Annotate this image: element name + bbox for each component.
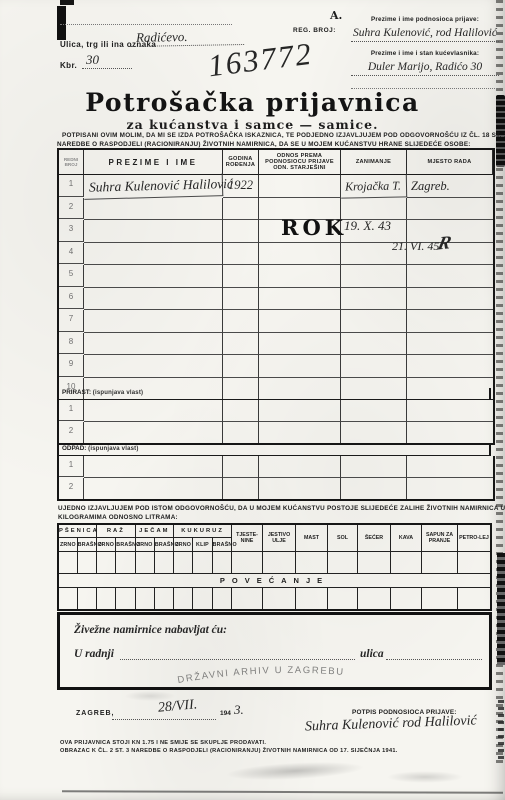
group-psenica: PŠENICA	[58, 524, 97, 538]
col-sapun: SAPUN ZA PRANJE	[422, 524, 458, 552]
empty-cell	[263, 588, 296, 611]
section-letter: A.	[330, 9, 342, 22]
odpad-section-header: ODPAD: (ispunjava vlast)	[57, 444, 491, 456]
empty-cell	[58, 588, 77, 611]
empty-cell	[84, 220, 223, 243]
col-header-redni-broj: REDNI BROJ	[59, 150, 84, 175]
empty-cell	[341, 456, 407, 478]
empty-cell	[97, 552, 116, 574]
empty-cell	[84, 333, 223, 356]
row-number: 8	[59, 333, 84, 355]
stocks-declaration-line2: KILOGRAMIMA ODNOSNO LITRAMA:	[58, 514, 178, 521]
empty-cell	[135, 588, 154, 611]
col-jestivo-ulje: JESTIVO ULJE	[263, 524, 296, 552]
empty-cell	[212, 552, 231, 574]
landlord-handwritten: Duler Marijo, Radićo 30	[351, 60, 499, 76]
perforated-edge-dark	[498, 700, 504, 760]
shop-label: U radnji	[74, 648, 114, 660]
signature-handwritten: Suhra Kulenović rod Halilović	[305, 713, 503, 736]
empty-cell	[84, 310, 223, 333]
group-jecam: JEČAM	[135, 524, 174, 538]
empty-cell	[407, 400, 493, 422]
house-number-label: Kbr.	[60, 61, 77, 70]
empty-cell	[84, 243, 223, 266]
intro-text-line2: NAREDBE O RASPODJELI (RACIONIRANJU) ŽIVO…	[57, 141, 493, 148]
scan-edge-mark	[60, 0, 74, 5]
scan-smudge	[220, 758, 371, 784]
empty-cell	[135, 552, 154, 574]
empty-cell	[84, 288, 223, 311]
empty-cell	[58, 552, 77, 574]
empty-cell	[407, 310, 493, 333]
empty-cell	[259, 243, 341, 266]
intro-text-line1: POTPISANI OVIM MOLIM, DA MI SE IZDA POTR…	[62, 132, 498, 139]
empty-cell	[259, 288, 341, 311]
street-blank-line	[386, 649, 482, 660]
empty-cell	[259, 355, 341, 378]
povecanje-row: POVEĆANJE	[58, 574, 491, 588]
street-value-handwritten: Radićevo.	[130, 28, 244, 47]
sub-brasno: BRAŠNO	[212, 538, 231, 552]
form-title: Potrošačka prijavnica	[0, 88, 505, 117]
empty-cell	[341, 422, 407, 443]
empty-cell	[328, 552, 358, 574]
empty-cell	[232, 588, 263, 611]
row-number: 2	[59, 198, 84, 220]
empty-cell	[407, 265, 493, 288]
applicant-name-label: Prezime i ime podnosioca prijave:	[371, 16, 479, 23]
year-prefix: 194	[220, 710, 231, 717]
empty-cell	[223, 333, 259, 356]
empty-cell	[154, 552, 173, 574]
row-number: 3	[59, 220, 84, 242]
col-header-odnos: ODNOS PREMA PODNOSIOCU PRIJAVE ODN. STAR…	[259, 150, 341, 175]
empty-cell	[223, 478, 259, 499]
rok-date2-handwritten: 21. VI. 45	[392, 239, 439, 254]
stock-empty-row	[58, 552, 491, 574]
row-number: 2	[59, 422, 84, 443]
empty-cell	[223, 198, 259, 221]
empty-cell	[116, 588, 135, 611]
odpad-note: (ispunjava vlast)	[88, 446, 138, 452]
year-handwritten: 3.	[234, 702, 244, 718]
prirast-note: (ispunjava vlast)	[93, 390, 143, 396]
sub-zrno: ZRNO	[58, 538, 77, 552]
empty-cell	[223, 288, 259, 311]
empty-cell	[84, 456, 223, 478]
rok-stamp: ROK	[281, 215, 347, 240]
col-petrolej: PETRO-LEJ	[458, 524, 492, 552]
empty-cell	[407, 478, 493, 499]
row-number: 4	[59, 243, 84, 265]
empty-cell	[193, 552, 212, 574]
empty-cell	[84, 265, 223, 288]
col-header-mjesto: MJESTO RADA	[407, 150, 493, 175]
landlord-label: Prezime i ime i stan kućevlasnika:	[371, 50, 479, 57]
col-secer: ŠEĆER	[358, 524, 391, 552]
empty-cell	[116, 552, 135, 574]
row-number: 1	[59, 400, 84, 421]
col-header-zanimanje: ZANIMANJE	[341, 150, 407, 175]
row-number: 5	[59, 265, 84, 287]
empty-cell	[84, 478, 223, 499]
fineprint-line2: OBRAZAC K ČL. 2 ST. 3 NAREDBE O RASPODJE…	[60, 748, 398, 754]
empty-cell	[223, 456, 259, 478]
empty-cell	[341, 478, 407, 499]
archive-stamp-text: DRŽAVNI ARHIV U ZAGREBU	[177, 665, 345, 686]
applicant-name-handwritten: Suhra Kulenović, rod Halilović	[351, 26, 499, 42]
stock-group-header-row: PŠENICA RAŽ JEČAM KUKURUZ TJESTE-NINE JE…	[58, 524, 491, 538]
empty-cell	[259, 478, 341, 499]
empty-cell	[259, 333, 341, 356]
rok-date-handwritten: 19. X. 43	[344, 218, 391, 234]
empty-cell	[341, 310, 407, 333]
odpad-label: ODPAD:	[62, 445, 86, 452]
empty-cell	[174, 588, 193, 611]
group-raz: RAŽ	[97, 524, 136, 538]
empty-cell	[84, 355, 223, 378]
empty-cell	[259, 310, 341, 333]
row-number: 9	[59, 355, 84, 377]
empty-cell	[407, 355, 493, 378]
empty-cell	[223, 310, 259, 333]
empty-cell	[77, 552, 96, 574]
group-kukuruz: KUKURUZ	[174, 524, 232, 538]
occupation-handwritten: Krojačka T.	[341, 174, 407, 198]
empty-cell	[223, 243, 259, 266]
odpad-rows: 1 2	[57, 456, 495, 501]
empty-cell	[341, 333, 407, 356]
empty-cell	[212, 588, 231, 611]
prirast-label: PRIRAST:	[62, 389, 91, 396]
empty-cell	[328, 588, 358, 611]
scan-bottom-line	[62, 790, 503, 793]
empty-cell	[259, 265, 341, 288]
row-number: 6	[59, 288, 84, 310]
empty-cell	[223, 220, 259, 243]
stocks-declaration-line1: UJEDNO IZJAVLJUJEM POD ISTOM ODGOVORNOŠĆ…	[58, 505, 505, 512]
empty-cell	[263, 552, 296, 574]
city-label: ZAGREB,	[76, 710, 115, 717]
empty-cell	[407, 288, 493, 311]
fineprint-line1: OVA PRIJAVNICA STOJI KN 1.75 I NE SMIJE …	[60, 740, 266, 746]
row-number: 1	[59, 175, 84, 197]
scanned-form-page: Ulica, trg ili ina oznaka Radićevo. Kbr.…	[0, 0, 505, 800]
empty-cell	[223, 400, 259, 422]
col-sol: SOL	[328, 524, 358, 552]
scan-smudge	[120, 690, 180, 702]
empty-cell	[341, 288, 407, 311]
sub-zrno: ZRNO	[174, 538, 193, 552]
perforated-edge-dark	[497, 553, 505, 665]
empty-cell	[341, 400, 407, 422]
empty-cell	[154, 588, 173, 611]
col-kava: KAVA	[391, 524, 422, 552]
blank-dotted-line	[60, 14, 232, 25]
empty-cell	[458, 588, 492, 611]
empty-cell	[341, 355, 407, 378]
empty-cell	[296, 552, 328, 574]
archive-stamp: DRŽAVNI ARHIV U ZAGREBU	[172, 659, 387, 691]
empty-cell	[391, 588, 422, 611]
row-number: 2	[59, 478, 84, 499]
stock-empty-row2	[58, 588, 491, 611]
sub-zrno: ZRNO	[135, 538, 154, 552]
empty-cell	[422, 552, 458, 574]
sub-brasno: BRAŠNO	[154, 538, 173, 552]
empty-cell	[407, 422, 493, 443]
empty-cell	[296, 588, 328, 611]
empty-cell	[97, 588, 116, 611]
row-number: 7	[59, 310, 84, 332]
persons-table: REDNI BROJ PREZIME I IME GODINA ROĐENJA …	[57, 148, 495, 400]
workplace-handwritten: Zagreb.	[407, 175, 493, 198]
empty-cell	[84, 400, 223, 422]
empty-cell	[391, 552, 422, 574]
empty-cell	[422, 588, 458, 611]
empty-cell	[77, 588, 96, 611]
sub-brasno: BRAŠNO	[116, 538, 135, 552]
applicant-header-block: Prezime i ime podnosioca prijave: Suhra …	[351, 8, 499, 89]
prirast-section-header: PRIRAST: (ispunjava vlast)	[57, 388, 491, 400]
empty-cell	[259, 456, 341, 478]
empty-cell	[341, 265, 407, 288]
povecanje-label: POVEĆANJE	[58, 574, 491, 588]
sub-brasno: BRAŠNO	[77, 538, 96, 552]
supply-intro-text: Živežne namirnice nabavljat ću:	[74, 624, 227, 636]
empty-cell	[193, 588, 212, 611]
empty-cell	[407, 198, 493, 221]
col-header-prezime: PREZIME I IME	[84, 150, 223, 175]
empty-cell	[458, 552, 492, 574]
empty-cell	[174, 552, 193, 574]
food-stocks-table: PŠENICA RAŽ JEČAM KUKURUZ TJESTE-NINE JE…	[57, 523, 492, 611]
empty-cell	[223, 422, 259, 443]
registration-number-label: REG. BROJ:	[293, 27, 336, 34]
empty-cell	[358, 588, 391, 611]
empty-cell	[259, 422, 341, 443]
empty-cell	[358, 552, 391, 574]
prirast-rows: 1 2	[57, 400, 495, 445]
house-number-value-handwritten: 30	[82, 52, 132, 69]
empty-cell	[84, 422, 223, 443]
scan-smudge	[380, 770, 470, 784]
svg-text:DRŽAVNI ARHIV U ZAGREBU: DRŽAVNI ARHIV U ZAGREBU	[177, 665, 345, 686]
col-mast: MAST	[296, 524, 328, 552]
empty-cell	[407, 456, 493, 478]
form-subtitle: za kućanstva i samce — samice.	[0, 117, 505, 132]
person-name-handwritten: Suhra Kulenović Halilović	[84, 173, 224, 199]
col-header-godina: GODINA ROĐENJA	[223, 150, 259, 175]
empty-cell	[232, 552, 263, 574]
empty-cell	[84, 198, 223, 221]
empty-cell	[341, 198, 407, 221]
sub-zrno: ZRNO	[97, 538, 116, 552]
sub-klip: KLIP	[193, 538, 212, 552]
empty-cell	[223, 265, 259, 288]
empty-cell	[407, 333, 493, 356]
empty-cell	[259, 400, 341, 422]
relation-cell	[259, 175, 341, 198]
supply-source-box: Živežne namirnice nabavljat ću: U radnji…	[57, 612, 492, 690]
row-number: 1	[59, 456, 84, 477]
empty-cell	[223, 355, 259, 378]
